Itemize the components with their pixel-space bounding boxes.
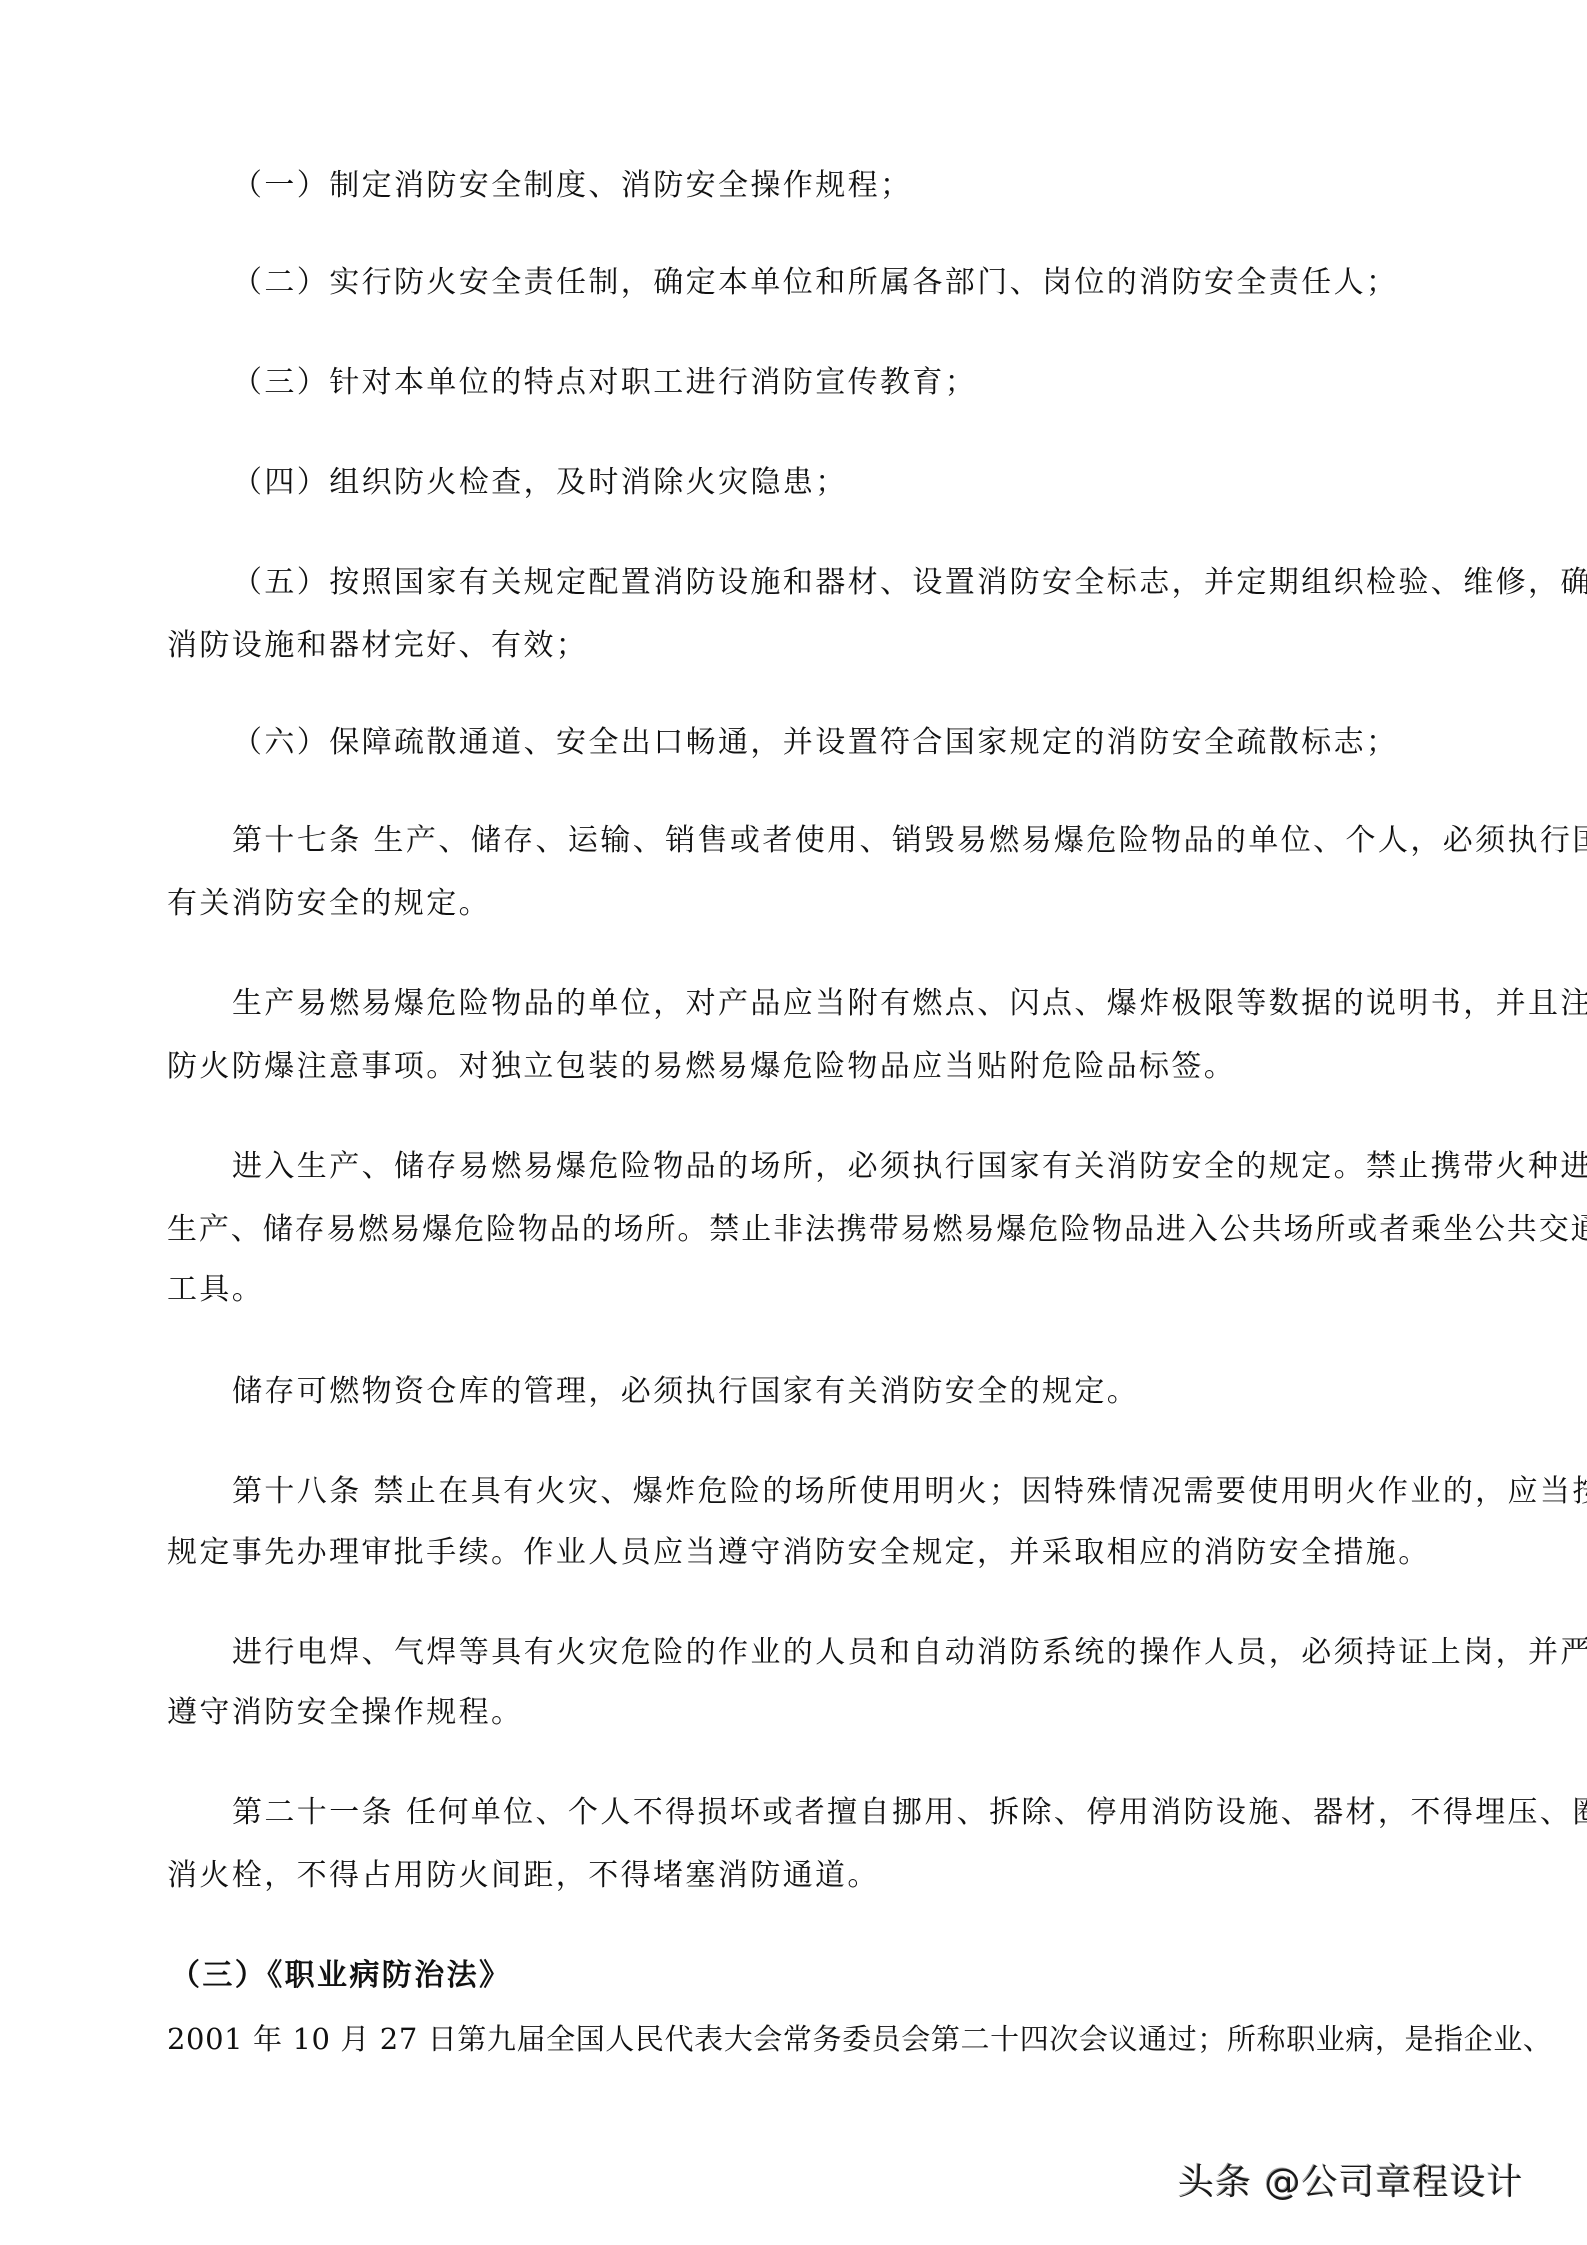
article-18-paragraph-continued: 规定事先办理审批手续。作业人员应当遵守消防安全规定，并采取相应的消防安全措施。	[167, 1533, 1447, 1573]
paragraph-welding-continued: 遵守消防安全操作规程。	[167, 1693, 1447, 1733]
paragraph-welding: 进行电焊、气焊等具有火灾危险的作业的人员和自动消防系统的操作人员，必须持证上岗，…	[232, 1633, 1512, 1673]
list-item-5: （五）按照国家有关规定配置消防设施和器材、设置消防安全标志，并定期组织检验、维修…	[232, 563, 1512, 603]
article-17-paragraph: 第十七条 生产、储存、运输、销售或者使用、销毁易燃易爆危险物品的单位、个人，必须…	[232, 821, 1512, 861]
paragraph-warehouse: 储存可燃物资仓库的管理，必须执行国家有关消防安全的规定。	[232, 1372, 1512, 1412]
list-item-5-continued: 消防设施和器材完好、有效；	[167, 626, 1447, 666]
list-item-3: （三）针对本单位的特点对职工进行消防宣传教育；	[232, 363, 1512, 403]
paragraph-entry-rules-continued-1: 生产、储存易燃易爆危险物品的场所。禁止非法携带易燃易爆危险物品进入公共场所或者乘…	[167, 1210, 1447, 1250]
date-line: 2001 年 10 月 27 日第九届全国人民代表大会常务委员会第二十四次会议通…	[167, 2019, 1447, 2059]
article-21-paragraph-continued: 消火栓，不得占用防火间距，不得堵塞消防通道。	[167, 1856, 1447, 1896]
list-item-4: （四）组织防火检查，及时消除火灾隐患；	[232, 463, 1512, 503]
paragraph-production-labels: 生产易燃易爆危险物品的单位，对产品应当附有燃点、闪点、爆炸极限等数据的说明书，并…	[232, 984, 1512, 1024]
watermark: 头条 @公司章程设计	[1178, 2160, 1523, 2206]
article-18-paragraph: 第十八条 禁止在具有火灾、爆炸危险的场所使用明火；因特殊情况需要使用明火作业的，…	[232, 1472, 1512, 1512]
section-heading: （三）《职业病防治法》	[170, 1956, 1450, 1996]
list-item-6: （六）保障疏散通道、安全出口畅通，并设置符合国家规定的消防安全疏散标志；	[232, 723, 1512, 763]
article-21-paragraph: 第二十一条 任何单位、个人不得损坏或者擅自挪用、拆除、停用消防设施、器材，不得埋…	[232, 1793, 1512, 1833]
list-item-1: （一）制定消防安全制度、消防安全操作规程；	[232, 166, 1512, 206]
list-item-2: （二）实行防火安全责任制，确定本单位和所属各部门、岗位的消防安全责任人；	[232, 263, 1512, 303]
paragraph-production-labels-continued: 防火防爆注意事项。对独立包装的易燃易爆危险物品应当贴附危险品标签。	[167, 1047, 1447, 1087]
paragraph-entry-rules: 进入生产、储存易燃易爆危险物品的场所，必须执行国家有关消防安全的规定。禁止携带火…	[232, 1147, 1512, 1187]
paragraph-entry-rules-continued-2: 工具。	[167, 1270, 1447, 1310]
article-17-paragraph-continued: 有关消防安全的规定。	[167, 884, 1447, 924]
